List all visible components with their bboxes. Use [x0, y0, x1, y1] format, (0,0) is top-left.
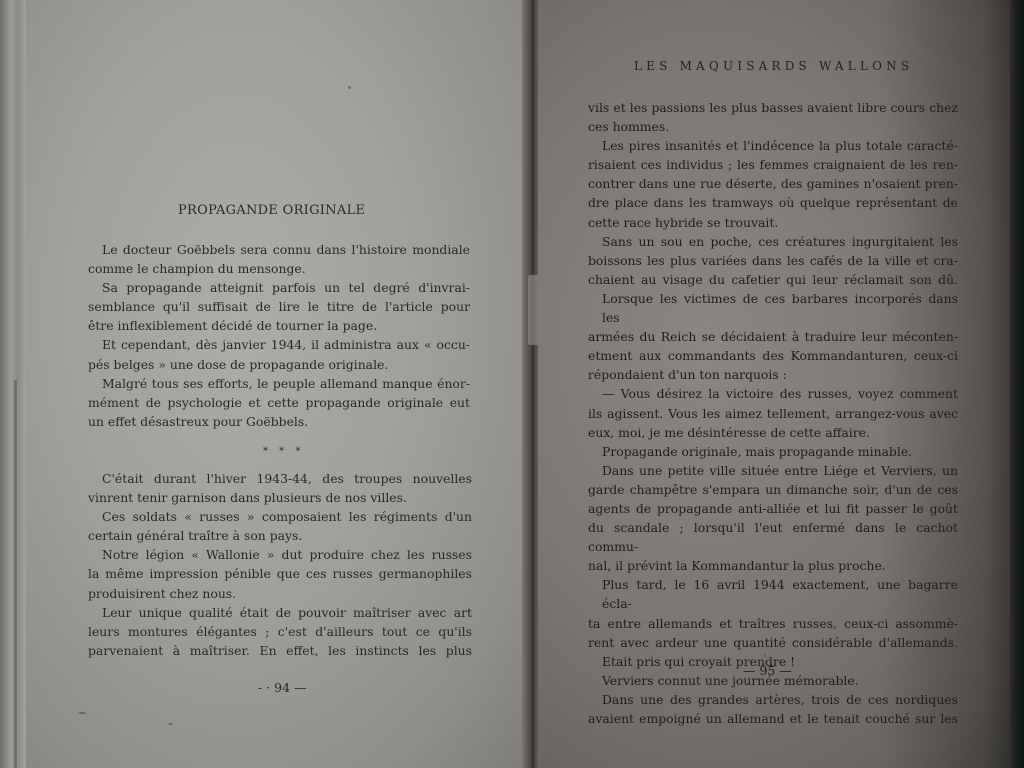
text-line: Les pires insanités et l'indécence la pl… — [588, 136, 958, 155]
text-line: eux, moi, je me désintéresse de cette af… — [588, 423, 958, 442]
text-line: cette race hybride se trouvait. — [588, 213, 958, 232]
text-line: avaient empoigné un allemand et le tenai… — [588, 709, 958, 728]
text-line: agents de propagande anti-alliée et lui … — [588, 499, 958, 518]
text-line: risaient ces individus ; les femmes crai… — [588, 155, 958, 174]
text-line: parvenaient à maîtriser. En effet, les i… — [88, 641, 472, 660]
text-line: contrer dans une rue déserte, des gamine… — [588, 174, 958, 193]
left-section-2: C'était durant l'hiver 1943-44, des trou… — [88, 469, 472, 660]
text-line: ils agissent. Vous les aimez tellement, … — [588, 404, 958, 423]
paper-speck — [78, 712, 86, 714]
running-head: LES MAQUISARDS WALLONS — [634, 59, 913, 73]
text-line: dre place dans les tramways où quelque r… — [588, 193, 958, 212]
text-line: ta entre allemands et traîtres russes, c… — [588, 614, 958, 633]
text-line: boissons les plus variées dans les cafés… — [588, 251, 958, 270]
paper-speck — [348, 86, 351, 89]
text-line: mément de psychologie et cette propagand… — [88, 393, 470, 412]
open-book-photo: PROPAGANDE ORIGINALE Le docteur Goëbbels… — [0, 0, 1024, 768]
text-line: armées du Reich se décidaient à traduire… — [588, 327, 958, 346]
text-line: Sans un sou en poche, ces créatures ingu… — [588, 232, 958, 251]
text-line: Notre légion « Wallonie » dut produire c… — [88, 545, 472, 564]
text-line: Le docteur Goëbbels sera connu dans l'hi… — [88, 240, 470, 259]
text-line: rent avec ardeur une quantité considérab… — [588, 633, 958, 652]
text-line: leurs montures élégantes ; c'est d'aille… — [88, 622, 472, 641]
right-page-text: vils et les passions les plus basses ava… — [588, 98, 958, 728]
text-line: Dans une petite ville située entre Liége… — [588, 461, 958, 480]
page-number-left: - · 94 — — [258, 680, 307, 695]
page-number-right: — 95 — — [743, 663, 792, 678]
text-line: Leur unique qualité était de pouvoir maî… — [88, 603, 472, 622]
text-line: garde champêtre s'empara un dimanche soi… — [588, 480, 958, 499]
text-line: la même impression pénible que ces russe… — [88, 564, 472, 583]
text-line: Dans une des grandes artères, trois de c… — [588, 690, 958, 709]
left-page: PROPAGANDE ORIGINALE Le docteur Goëbbels… — [0, 0, 530, 768]
text-line: vinrent tenir garnison dans plusieurs de… — [88, 488, 472, 507]
text-line: — Vous désirez la victoire des russes, v… — [588, 384, 958, 403]
text-line: comme le champion du mensonge. — [88, 259, 470, 278]
text-line: Lorsque les victimes de ces barbares inc… — [588, 289, 958, 327]
chapter-title: PROPAGANDE ORIGINALE — [178, 203, 365, 218]
text-line: répondaient d'un ton narquois : — [588, 365, 958, 384]
text-line: être inflexiblement décidé de tourner la… — [88, 316, 470, 335]
left-section-1: Le docteur Goëbbels sera connu dans l'hi… — [88, 240, 470, 431]
section-separator: * * * — [263, 446, 304, 457]
paper-stain — [656, 718, 666, 724]
paper-speck — [764, 654, 766, 657]
text-line: Sa propagande atteignit parfois un tel d… — [88, 278, 470, 297]
text-line: C'était durant l'hiver 1943-44, des trou… — [88, 469, 472, 488]
text-line: Ces soldats « russes » composaient les r… — [88, 507, 472, 526]
text-line: pés belges » une dose de propagande orig… — [88, 355, 470, 374]
text-line: semblance qu'il suffisait de lire le tit… — [88, 297, 470, 316]
text-line: Propagande originale, mais propagande mi… — [588, 442, 958, 461]
text-line: produisirent chez nous. — [88, 584, 472, 603]
text-line: certain général traître à son pays. — [88, 526, 472, 545]
text-line: Malgré tous ses efforts, le peuple allem… — [88, 374, 470, 393]
text-line: nal, il prévint la Kommandantur la plus … — [588, 556, 958, 575]
text-line: etment aux commandants des Kommandanture… — [588, 346, 958, 365]
text-line: vils et les passions les plus basses ava… — [588, 98, 958, 117]
paper-speck — [168, 723, 173, 725]
right-page: LES MAQUISARDS WALLONS vils et les passi… — [538, 0, 1024, 768]
text-line: un effet désastreux pour Goëbbels. — [88, 412, 470, 431]
text-line: Plus tard, le 16 avril 1944 exactement, … — [588, 575, 958, 613]
text-line: ces hommes. — [588, 117, 958, 136]
text-line: Et cependant, dès janvier 1944, il admin… — [88, 335, 470, 354]
text-line: chaient au visage du cafetier qui leur r… — [588, 270, 958, 289]
text-line: du scandale ; lorsqu'il l'eut enfermé da… — [588, 518, 958, 556]
